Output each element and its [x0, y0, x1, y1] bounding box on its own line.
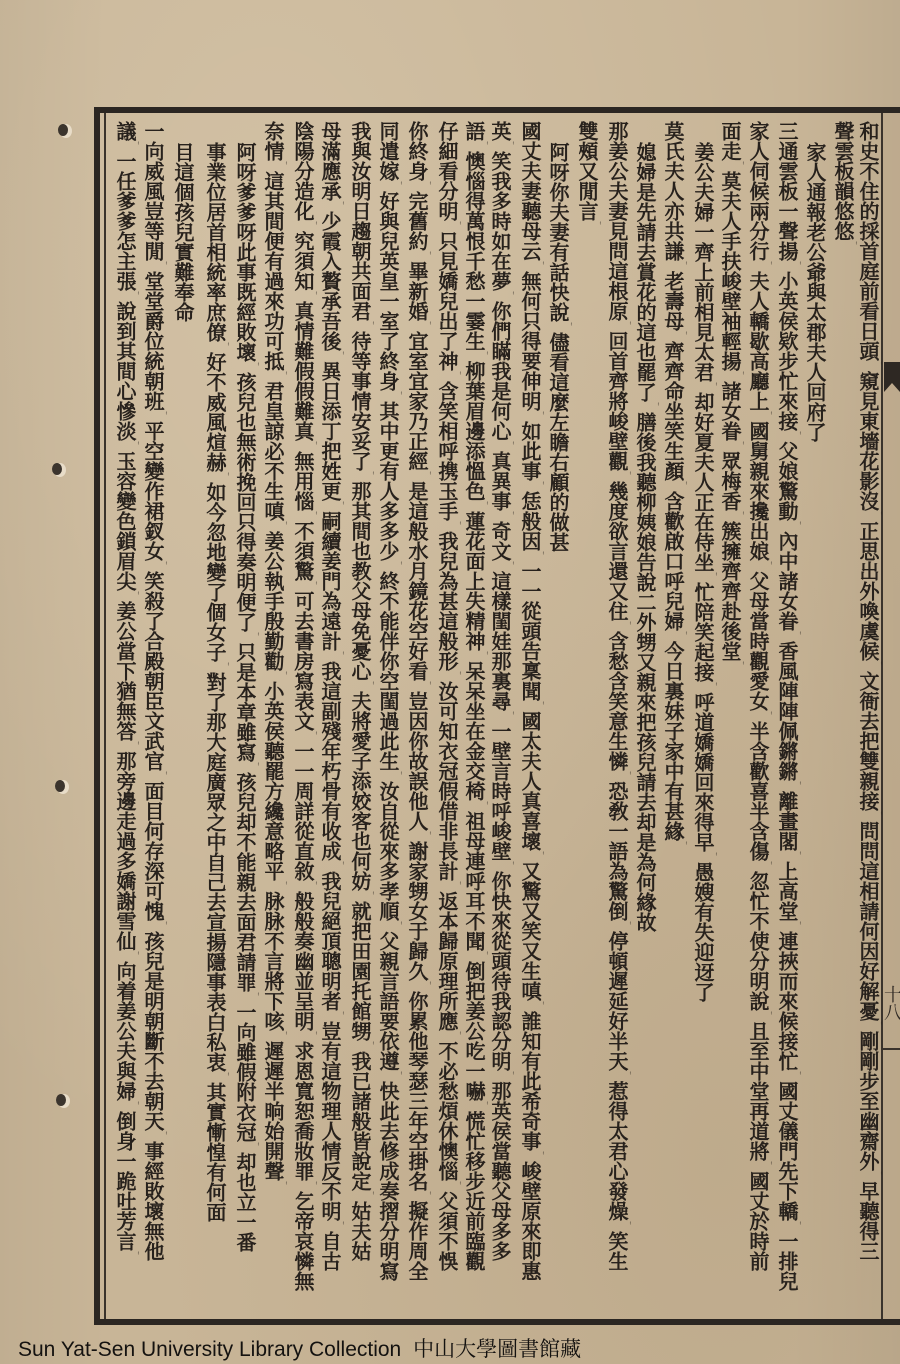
- binding-hole-1: [58, 124, 68, 136]
- text-column-10: 那姜公夫妻見問這根原。回首齊將峻壁觀。幾度欲言還又住。含愁含笑意生憐。恐敎一語為…: [603, 121, 631, 1316]
- frame-bottom-border: [94, 1319, 900, 1325]
- text-column-27: 議。一任爹爹怎主張。說到其間心慘淡。玉容變色鎖眉尖。姜公當下猶無答。那旁邊走過多…: [111, 121, 139, 1316]
- text-column-19: 我與汝明日趨朝共面君。待等事情安妥了。那其間也教父母免憂心。夫將愛子添姣客也何妨…: [346, 121, 374, 1316]
- fold-rule: [883, 1048, 900, 1050]
- binding-hole-3: [55, 780, 65, 792]
- binding-hole-2: [52, 463, 62, 475]
- text-column-9: 媳婦是先請去賞花的這也罷了。膳後我聽柳姨娘告說二外甥又親來把孩兒請去却是為何緣故: [631, 142, 659, 1316]
- text-column-21: 陰陽分造化。究須知。真情難假假難真。無用惱。不須驚。可去書房寫表文。一一周詳從直…: [289, 121, 317, 1316]
- text-column-5: 家人伺候兩分行。夫人轎歇高廳上。國舅親來攙出娘。父母當時觀愛女。半含歡喜半含傷。…: [744, 121, 772, 1316]
- text-column-14: 英。笑我多時如在夢。你們瞞我是何心。真異事。奇文。這樣閨娃那裏尋。一壁言時呼峻壁…: [486, 121, 514, 1316]
- text-column-16: 仔細看分明。只見嬌兒出了神。含笑相呼携玉手。我兒為甚這般形。汝可知衣冠假借非長計…: [433, 121, 461, 1316]
- frame-left-border: [94, 107, 100, 1325]
- collection-credit: Sun Yat-Sen University Library Collectio…: [18, 1333, 581, 1363]
- text-column-1: 和史不住的採首庭前看日頭。窺見東墻花影沒。正思出外喚虞候。文衙去把雙親接。問問這…: [854, 121, 882, 1316]
- text-column-11: 雙頰又閒言。: [573, 121, 601, 1316]
- binding-hole-4: [56, 1094, 66, 1106]
- text-column-8: 莫氏夫人亦共謙。老壽母。齊齊命坐笑生顏。含歡啟口呼兒婦。今日裏妹子家中有甚緣。: [659, 121, 687, 1316]
- text-column-20: 母滿應承。少霞入贅承吾後。異日添丁把姓更。嗣續姜門為遠計。我這副殘年朽骨有收成。…: [316, 121, 344, 1316]
- text-column-2: 聲雲板韻悠悠。: [829, 121, 857, 1316]
- text-column-18: 同遣嫁。好與兒英皇一室了終身。其中更有人多多少。終不能伴你空閨過此生。汝自從來多…: [374, 121, 402, 1316]
- collection-credit-zh: 中山大學圖書館藏: [413, 1338, 581, 1361]
- text-column-4: 三通雲板一聲揚。小英侯欵步忙來接。父娘驚動。內中諸女眷。香風陣陣佩鏘鏘。離畫閣。…: [773, 121, 801, 1316]
- text-column-12: 阿呀你夫妻有話快說。儘看這麼左瞻右顧的做甚: [544, 142, 572, 1316]
- fold-margin: [883, 113, 900, 1319]
- text-column-6: 面走。莫夫人手扶峻壁袖輕揚。諸女眷。眾梅香。簇擁齊齊赴後堂。: [716, 121, 744, 1316]
- text-column-23: 阿呀爹爹呀此事既經敗壞。孩兒也無術挽回只得奏明便了。只是本章雖寫。孩兒却不能親去…: [231, 142, 259, 1316]
- text-column-3: 家人通報老公爺與太郡夫人回府了: [801, 142, 829, 1316]
- folio-page-number: 十八: [884, 985, 900, 1021]
- text-column-24: 事業位居首相統率庶僚。好不威風煊赫。如今忽地變了個女子。對了那大庭廣眾之中自己去…: [201, 142, 229, 1316]
- text-column-26: 一向威風豈等閒。堂堂爵位統朝班。平空變作裙釵女。笑殺了合殿朝臣文武官。面目何存深…: [139, 121, 167, 1316]
- text-column-17: 你終身。完舊約。畢新婚。宜室宜家乃正經。是這般水月鏡花空好看。豈因你故誤他人。謝…: [403, 121, 431, 1316]
- collection-credit-en: Sun Yat-Sen University Library Collectio…: [18, 1338, 401, 1361]
- text-column-15: 語。懊惱得萬恨千愁一霎生。柳葉眉邊添慍色。蓮花面上失精神。呆呆坐在金交椅。祖母連…: [460, 121, 488, 1316]
- text-column-25: 目這個孩兒實難奉命: [169, 142, 197, 1316]
- frame-top-border: [94, 107, 900, 113]
- frame-left-inner-rule: [104, 113, 106, 1319]
- text-column-13: 國丈夫妻聽母云。無何只得要伸明。如此事。恁般因。一一從頭告稟聞。國太夫人真喜壞。…: [516, 121, 544, 1316]
- text-column-7: 姜公夫婦一齊上前相見太君。却好夏夫人正在侍坐。忙陪笑起接。呼道嬌嬌回來得早。愚嫂…: [689, 142, 717, 1316]
- text-column-22: 奈情。這其間便有過來功可抵。君皇諒必不生嗔。姜公執手殷勤勸。小英侯聽罷方纔意略平…: [259, 121, 287, 1316]
